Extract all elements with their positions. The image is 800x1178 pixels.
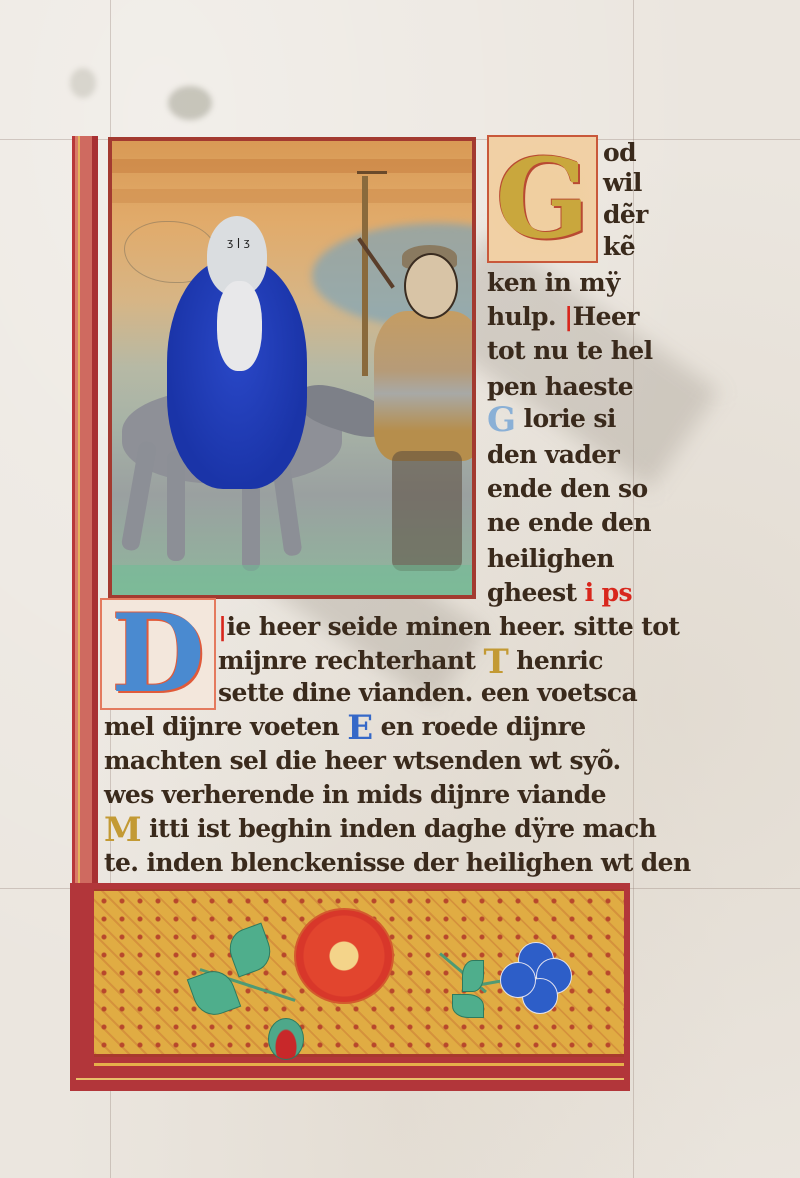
text-line: M itti ist beghin inden daghe dӱre mach <box>104 814 656 843</box>
mary-face: ʒ ǀ ʒ <box>227 236 250 249</box>
text-line: mijnre rechterhant T henric <box>218 646 603 675</box>
green-leaf <box>462 960 484 992</box>
illuminated-initial-g: G <box>487 135 598 263</box>
text-span: en roede dijnre <box>381 712 586 741</box>
text-line: te. inden blenckenisse der heilighen wt … <box>104 848 691 877</box>
stain <box>70 68 96 98</box>
text-line: hulp. |Heer <box>487 302 639 331</box>
miniature-flight-into-egypt: ʒ ǀ ʒ <box>108 137 476 599</box>
sky-band <box>112 189 472 203</box>
text-line: ken in mӱ <box>487 268 621 297</box>
green-leaf <box>452 994 484 1018</box>
text-line: machten sel die heer wtsenden wt syõ. <box>104 746 621 775</box>
text-line: wes verherende in mids dijnre viande <box>104 780 606 809</box>
text-line: |ie heer seide minen heer. sitte tot <box>218 612 679 641</box>
faded-blue-initial: G <box>487 409 515 431</box>
pole-top-figure <box>357 171 387 192</box>
gold-stripe <box>76 1078 624 1080</box>
gold-initial: T <box>483 651 508 673</box>
text-span: itti ist beghin inden daghe dӱre mach <box>149 814 656 843</box>
text-line: gheest i ps <box>487 578 632 607</box>
text-line: pen haeste <box>487 372 633 401</box>
petal <box>500 962 536 998</box>
text-line: tot nu te hel <box>487 336 652 365</box>
text-line: wil <box>603 168 642 197</box>
text-span: Heer <box>573 302 639 331</box>
text-line: kẽ <box>603 232 635 261</box>
text-span: henric <box>516 646 603 675</box>
text-span: hulp. <box>487 302 556 331</box>
donkey-leg <box>167 451 185 561</box>
red-bud <box>268 1018 304 1060</box>
text-span: mel dijnre voeten <box>104 712 339 741</box>
text-line: sette dine vianden. een voetsca <box>218 678 637 707</box>
pole <box>362 176 368 376</box>
joseph-robe <box>374 311 476 461</box>
illuminated-initial-d: D <box>100 598 216 710</box>
text-line: od <box>603 138 636 167</box>
text-line: ne ende den <box>487 508 651 537</box>
rubric-psalm-mark: i ps <box>585 578 632 607</box>
text-line: den vader <box>487 440 619 469</box>
christ-child <box>217 281 262 371</box>
stain <box>168 86 212 120</box>
text-line: dẽr <box>603 200 648 229</box>
sky-band <box>112 159 472 173</box>
donkey-leg <box>121 440 158 551</box>
joseph-legs <box>392 451 462 571</box>
rubric-mark: | <box>218 612 227 641</box>
blue-flower <box>500 942 570 1012</box>
text-line: heilighen <box>487 544 614 573</box>
gold-initial: M <box>104 819 141 841</box>
text-line: mel dijnre voeten E en roede dijnre <box>104 712 586 741</box>
blue-initial: E <box>347 717 372 739</box>
rubric-mark: | <box>564 302 573 331</box>
text-span: mijnre rechterhant <box>218 646 475 675</box>
red-rose <box>294 908 394 1004</box>
text-span: ie heer seide minen heer. sitte tot <box>227 612 680 641</box>
gold-rule <box>94 1063 624 1066</box>
text-line: ende den so <box>487 474 648 503</box>
joseph-head <box>404 253 458 319</box>
text-span: gheest <box>487 578 577 607</box>
text-line: G lorie si <box>487 404 616 433</box>
text-span: lorie si <box>524 404 616 433</box>
